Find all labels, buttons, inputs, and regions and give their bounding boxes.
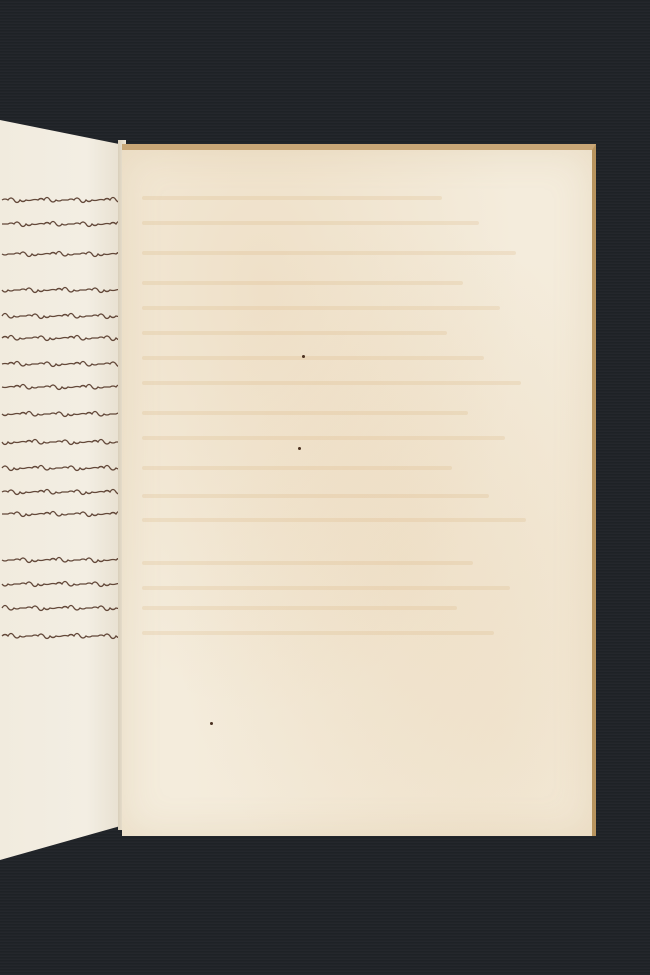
ghost-line (142, 518, 526, 522)
ghost-line (142, 411, 468, 415)
handwriting-line (0, 354, 124, 374)
ghost-line (142, 251, 516, 255)
ghost-line (142, 381, 521, 385)
handwriting-line (0, 306, 124, 326)
handwriting-line (0, 280, 124, 300)
ink-speck (210, 722, 213, 725)
ghost-line (142, 356, 484, 360)
ghost-line (142, 306, 500, 310)
ghost-line (142, 606, 457, 610)
handwriting-line (0, 377, 124, 397)
handwriting-line (0, 574, 124, 594)
handwriting-line (0, 190, 124, 210)
handwriting-line (0, 482, 124, 502)
ghost-line (142, 436, 505, 440)
ghost-line (142, 331, 447, 335)
ghost-line (142, 196, 442, 200)
ghost-line (142, 586, 510, 590)
handwriting-line (0, 404, 124, 424)
handwriting-line (0, 550, 124, 570)
ink-speck (302, 355, 305, 358)
handwriting-line (0, 432, 124, 452)
right-page-blank (122, 144, 596, 836)
handwriting-line (0, 328, 124, 348)
handwriting-line (0, 458, 124, 478)
handwriting-line (0, 244, 124, 264)
left-page (0, 120, 124, 860)
ghost-line (142, 561, 473, 565)
ghost-line (142, 494, 489, 498)
handwriting-line (0, 504, 124, 524)
handwriting-line (0, 626, 124, 646)
bleed-through-text (122, 150, 592, 836)
ghost-line (142, 281, 463, 285)
ink-speck (298, 447, 301, 450)
handwriting-line (0, 214, 124, 234)
ghost-line (142, 631, 494, 635)
ghost-line (142, 221, 479, 225)
handwriting-line (0, 598, 124, 618)
ghost-line (142, 466, 452, 470)
